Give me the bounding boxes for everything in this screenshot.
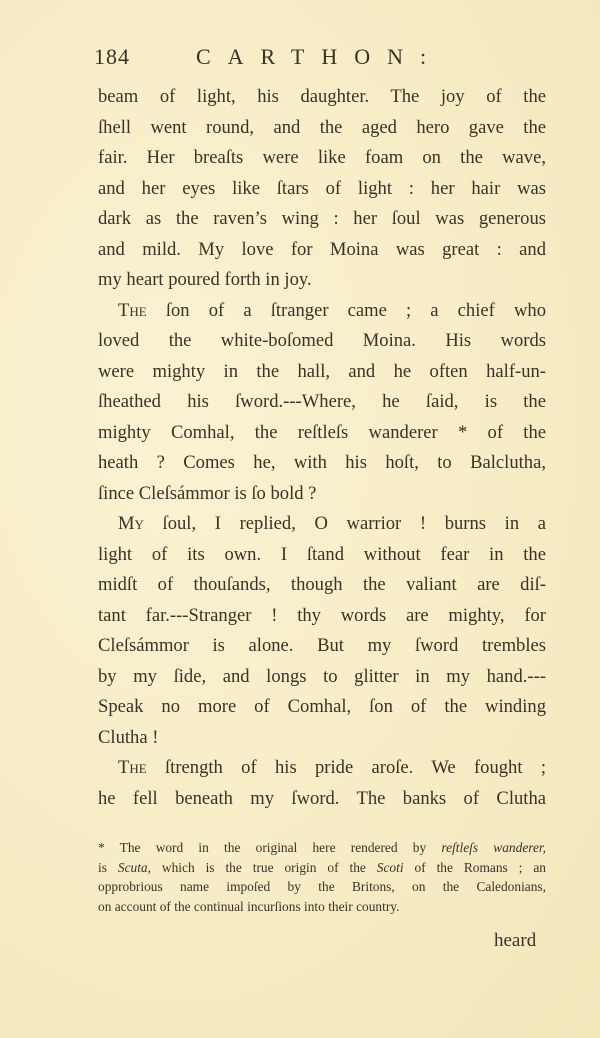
paragraph-start: The ſtrength of his pride aroſe. We foug… [98,753,546,784]
small-caps-lead: My [118,513,144,534]
catchword: heard [494,930,536,952]
footnote-line: is Scuta, which is the true origin of th… [98,858,546,878]
page-number: 184 [94,44,130,70]
footnote: * The word in the original here rendered… [98,838,546,916]
text-line: Speak no more of Comhal, ſon of the wind… [98,692,546,723]
text-line: Cleſsámmor is alone. But my ſword trembl… [98,631,546,662]
text-line: by my ſide, and longs to glitter in my h… [98,662,546,693]
text-line: tant far.---Stranger ! thy words are mig… [98,601,546,632]
text-line: beam of light, his daughter. The joy of … [98,82,546,113]
text-line: and her eyes like ſtars of light : her h… [98,174,546,205]
text-line: ſheathed his ſword.---Where, he ſaid, is… [98,387,546,418]
running-title: CARTHON: [196,44,443,70]
text-line: my heart poured forth in joy. [98,265,546,296]
small-caps-lead: The [118,757,147,778]
footnote-line: on account of the continual incurſions i… [98,897,546,917]
book-page: 184 CARTHON: beam of light, his daughter… [0,0,600,1038]
page-header: 184 CARTHON: [94,40,534,76]
text-line: fair. Her breaſts were like foam on the … [98,143,546,174]
text-line: and mild. My love for Moina was great : … [98,235,546,266]
paragraph-start: My ſoul, I replied, O warrior ! burns in… [98,509,546,540]
text-line: mighty Comhal, the reſtleſs wanderer * o… [98,418,546,449]
text-line: ſince Cleſsámmor is ſo bold ? [98,479,546,510]
text-line: heath ? Comes he, with his hoſt, to Balc… [98,448,546,479]
text-line: he fell beneath my ſword. The banks of C… [98,784,546,815]
text-line: Clutha ! [98,723,546,754]
paragraph-start: The ſon of a ſtranger came ; a chief who [98,296,546,327]
footnote-line: * The word in the original here rendered… [98,838,546,858]
small-caps-lead: The [118,300,147,321]
text-line: loved the white-boſomed Moina. His words [98,326,546,357]
text-line: dark as the raven’s wing : her ſoul was … [98,204,546,235]
body-text: beam of light, his daughter. The joy of … [98,82,546,814]
text-line: midſt of thouſands, though the valiant a… [98,570,546,601]
text-line: ſhell went round, and the aged hero gave… [98,113,546,144]
footnote-line: opprobrious name impoſed by the Britons,… [98,877,546,897]
text-line: were mighty in the hall, and he often ha… [98,357,546,388]
text-line: light of its own. I ſtand without fear i… [98,540,546,571]
